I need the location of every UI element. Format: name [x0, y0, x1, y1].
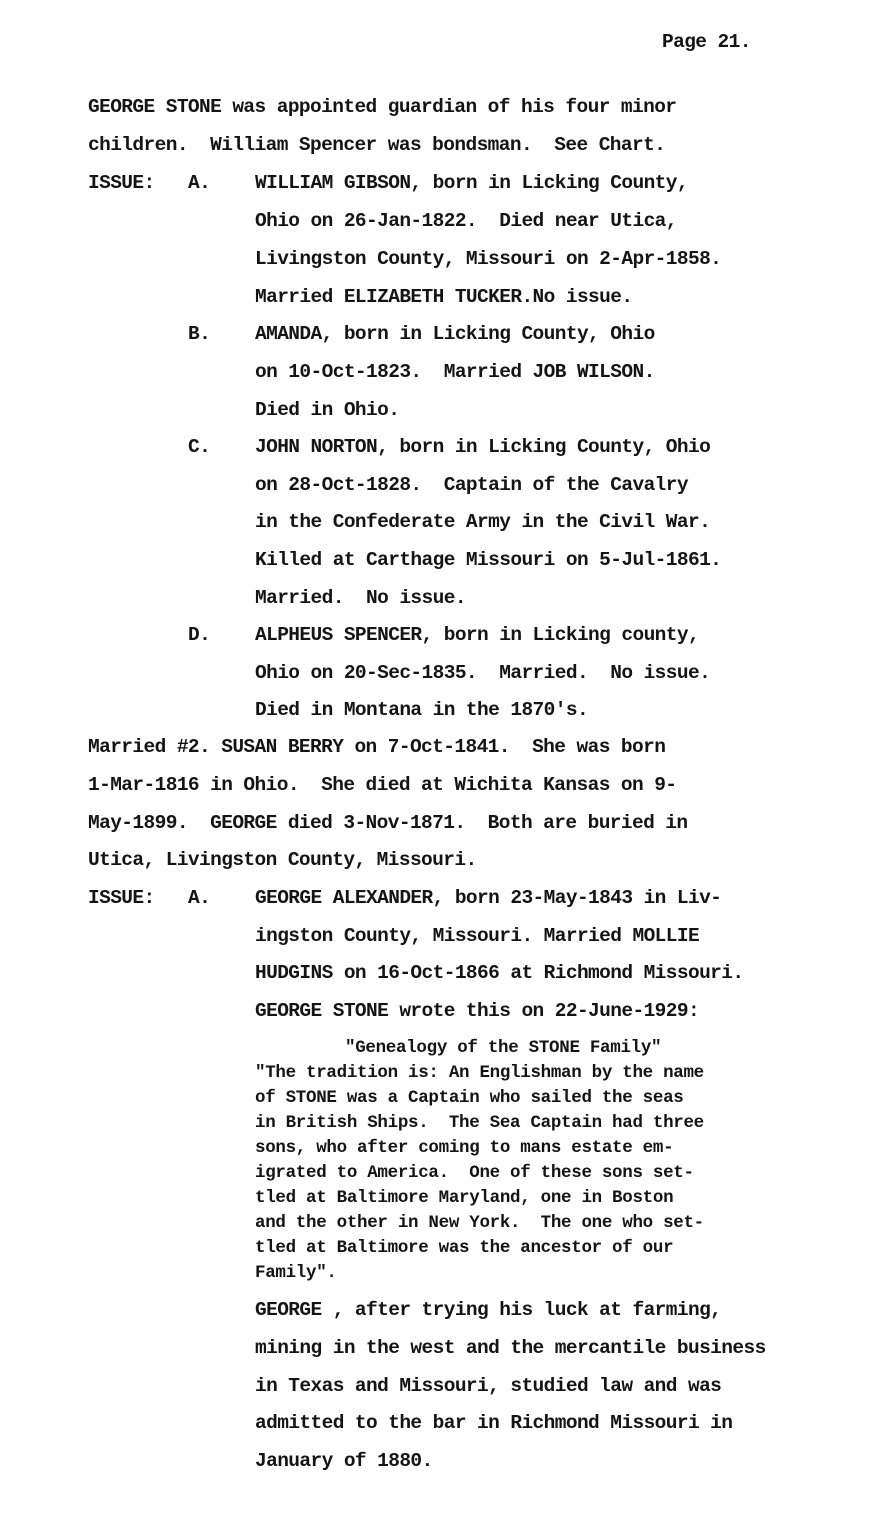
quote-line: "The tradition is: An Englishman by the … — [255, 1065, 704, 1083]
document-page: Page 21. GEORGE STONE was appointed guar… — [0, 0, 880, 1532]
child-entry-line: in the Confederate Army in the Civil War… — [255, 513, 710, 533]
child-entry-line: Livingston County, Missouri on 2-Apr-185… — [255, 250, 721, 270]
child-entry-line: on 10-Oct-1823. Married JOB WILSON. — [255, 363, 655, 383]
child-letter: A. — [188, 889, 210, 909]
quote-line: Family". — [255, 1265, 337, 1283]
child-entry-line: AMANDA, born in Licking County, Ohio — [255, 325, 655, 345]
quote-line: tled at Baltimore Maryland, one in Bosto… — [255, 1190, 673, 1208]
closing-line: in Texas and Missouri, studied law and w… — [255, 1377, 721, 1397]
child-entry-line: Ohio on 26-Jan-1822. Died near Utica, — [255, 212, 677, 232]
child-entry-line: Married ELIZABETH TUCKER.No issue. — [255, 288, 632, 308]
intro-line: GEORGE STONE was appointed guardian of h… — [88, 98, 676, 118]
second-marriage-line: 1-Mar-1816 in Ohio. She died at Wichita … — [88, 776, 676, 796]
child-entry-line: JOHN NORTON, born in Licking County, Ohi… — [255, 438, 710, 458]
quote-line: and the other in New York. The one who s… — [255, 1215, 704, 1233]
issue-label: ISSUE: — [88, 174, 155, 194]
quote-line: in British Ships. The Sea Captain had th… — [255, 1115, 704, 1133]
child-entry-line: Married. No issue. — [255, 589, 466, 609]
child-entry-line: Ohio on 20-Sec-1835. Married. No issue. — [255, 664, 710, 684]
second-marriage-line: May-1899. GEORGE died 3-Nov-1871. Both a… — [88, 814, 688, 834]
quote-line: of STONE was a Captain who sailed the se… — [255, 1090, 683, 1108]
quote-line: sons, who after coming to mans estate em… — [255, 1140, 673, 1158]
second-marriage-line: Married #2. SUSAN BERRY on 7-Oct-1841. S… — [88, 738, 665, 758]
child-entry-line: on 28-Oct-1828. Captain of the Cavalry — [255, 476, 688, 496]
child-entry-line: Killed at Carthage Missouri on 5-Jul-186… — [255, 551, 721, 571]
page-number: Page 21. — [662, 33, 751, 53]
child-entry-line: HUDGINS on 16-Oct-1866 at Richmond Misso… — [255, 964, 743, 984]
child-entry-line: Died in Montana in the 1870's. — [255, 701, 588, 721]
closing-line: mining in the west and the mercantile bu… — [255, 1339, 766, 1359]
issue-label: ISSUE: — [88, 889, 155, 909]
closing-line: GEORGE , after trying his luck at farmin… — [255, 1301, 721, 1321]
child-entry-line: Died in Ohio. — [255, 401, 399, 421]
quote-line: igrated to America. One of these sons se… — [255, 1165, 694, 1183]
child-letter: C. — [188, 438, 210, 458]
child-entry-line: ingston County, Missouri. Married MOLLIE — [255, 927, 699, 947]
closing-line: admitted to the bar in Richmond Missouri… — [255, 1414, 732, 1434]
child-entry-line: GEORGE ALEXANDER, born 23-May-1843 in Li… — [255, 889, 721, 909]
child-entry-line: GEORGE STONE wrote this on 22-June-1929: — [255, 1002, 699, 1022]
closing-line: January of 1880. — [255, 1452, 433, 1472]
child-letter: D. — [188, 626, 210, 646]
intro-line: children. William Spencer was bondsman. … — [88, 136, 665, 156]
child-letter: B. — [188, 325, 210, 345]
quote-line: tled at Baltimore was the ancestor of ou… — [255, 1240, 673, 1258]
child-entry-line: WILLIAM GIBSON, born in Licking County, — [255, 174, 688, 194]
child-letter: A. — [188, 174, 210, 194]
quote-title: "Genealogy of the STONE Family" — [345, 1040, 661, 1058]
child-entry-line: ALPHEUS SPENCER, born in Licking county, — [255, 626, 699, 646]
second-marriage-line: Utica, Livingston County, Missouri. — [88, 851, 477, 871]
